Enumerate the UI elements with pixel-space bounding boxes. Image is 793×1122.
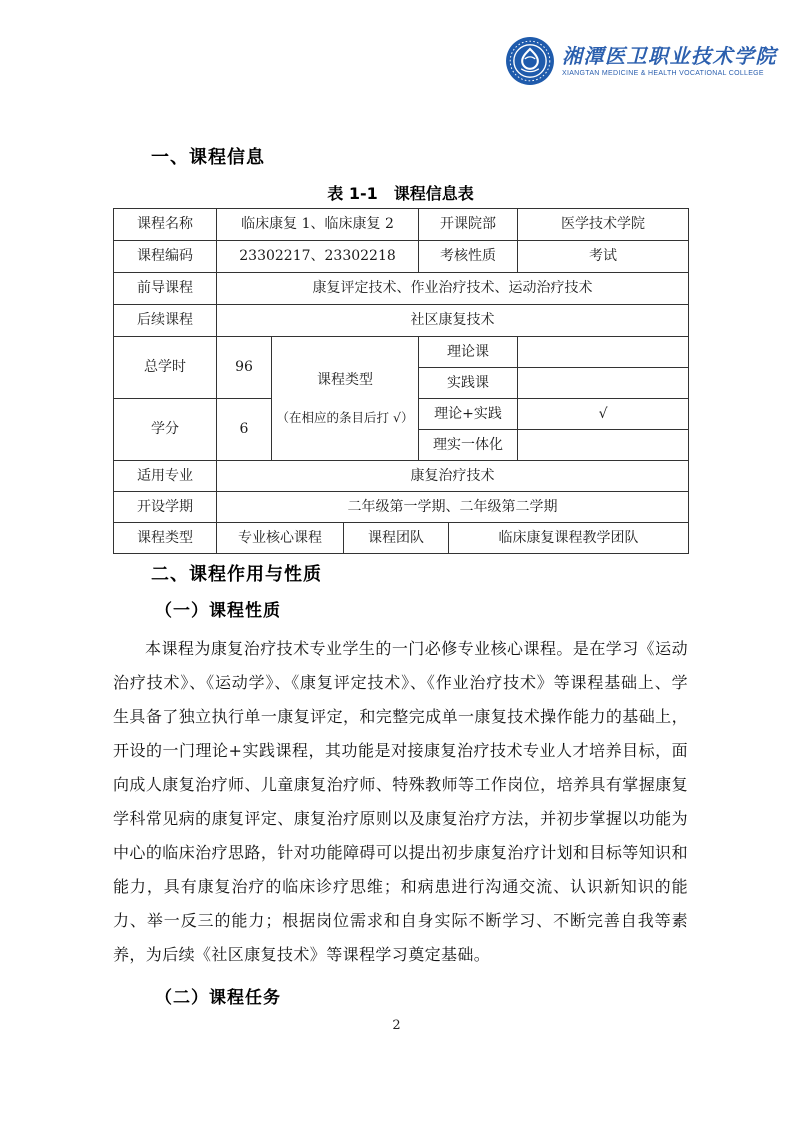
course-name-value-cell: 临床康复 1、临床康复 2 <box>217 209 419 241</box>
section-2-heading: 二、课程作用与性质 <box>113 562 688 588</box>
course-nature-paragraph: 本课程为康复治疗技术专业学生的一门必修专业核心课程。是在学习《运动治疗技术》、《… <box>113 632 688 972</box>
course-type-header-cell: 课程类型 （在相应的条目后打 √） <box>272 337 419 461</box>
practice-label-cell: 实践课 <box>419 368 518 399</box>
theory-label-cell: 理论课 <box>419 337 518 368</box>
table-caption: 表 1-1 课程信息表 <box>113 183 688 205</box>
course-name-label-cell: 课程名称 <box>114 209 217 241</box>
credits-value-cell: 6 <box>217 399 272 461</box>
table-row: 后续课程 社区康复技术 <box>114 305 689 337</box>
subsection-2-2-heading: （二）课程任务 <box>113 986 688 1011</box>
document-page: 湘潭医卫职业技术学院 XIANGTAN MEDICINE & HEALTH VO… <box>0 0 793 1122</box>
course-type-title: 课程类型 <box>274 372 416 389</box>
course-code-value-cell: 23302217、23302218 <box>217 241 419 273</box>
total-hours-value-cell: 96 <box>217 337 272 399</box>
department-value-cell: 医学技术学院 <box>518 209 689 241</box>
subsection-2-1-heading: （一）课程性质 <box>113 599 688 624</box>
course-info-table: 课程名称 临床康复 1、临床康复 2 开课院部 医学技术学院 课程编码 2330… <box>113 208 689 554</box>
credits-label-cell: 学分 <box>114 399 217 461</box>
theory-practice-label-cell: 理论+实践 <box>419 399 518 430</box>
department-label-cell: 开课院部 <box>419 209 518 241</box>
major-label-cell: 适用专业 <box>114 461 217 492</box>
integrated-check-cell <box>518 430 689 461</box>
prerequisite-label-cell: 前导课程 <box>114 273 217 305</box>
semester-value-cell: 二年级第一学期、二年级第二学期 <box>217 492 689 523</box>
integrated-label-cell: 理实一体化 <box>419 430 518 461</box>
table-row: 课程编码 23302217、23302218 考核性质 考试 <box>114 241 689 273</box>
table-row: 总学时 96 课程类型 （在相应的条目后打 √） 理论课 <box>114 337 689 368</box>
major-value-cell: 康复治疗技术 <box>217 461 689 492</box>
page-number: 2 <box>392 1018 400 1033</box>
semester-label-cell: 开设学期 <box>114 492 217 523</box>
subsequent-value-cell: 社区康复技术 <box>217 305 689 337</box>
table-row: 课程名称 临床康复 1、临床康复 2 开课院部 医学技术学院 <box>114 209 689 241</box>
table-row: 适用专业 康复治疗技术 <box>114 461 689 492</box>
practice-check-cell <box>518 368 689 399</box>
document-content: 一、课程信息 表 1-1 课程信息表 课程名称 临床康复 1、临床康复 2 开课… <box>113 0 688 1011</box>
table-row: 开设学期 二年级第一学期、二年级第二学期 <box>114 492 689 523</box>
section-1-heading: 一、课程信息 <box>113 145 688 171</box>
table-row: 课程类型 专业核心课程 课程团队 临床康复课程教学团队 <box>114 523 689 554</box>
assessment-label-cell: 考核性质 <box>419 241 518 273</box>
total-hours-label-cell: 总学时 <box>114 337 217 399</box>
category-label-cell: 课程类型 <box>114 523 217 554</box>
course-type-note: （在相应的条目后打 √） <box>274 410 416 425</box>
prerequisite-value-cell: 康复评定技术、作业治疗技术、运动治疗技术 <box>217 273 689 305</box>
subsequent-label-cell: 后续课程 <box>114 305 217 337</box>
theory-check-cell <box>518 337 689 368</box>
team-label-cell: 课程团队 <box>344 523 449 554</box>
theory-practice-check-cell: √ <box>518 399 689 430</box>
assessment-value-cell: 考试 <box>518 241 689 273</box>
table-row: 前导课程 康复评定技术、作业治疗技术、运动治疗技术 <box>114 273 689 305</box>
category-value-cell: 专业核心课程 <box>217 523 344 554</box>
course-code-label-cell: 课程编码 <box>114 241 217 273</box>
team-value-cell: 临床康复课程教学团队 <box>449 523 689 554</box>
page-footer: 2 <box>0 1018 793 1033</box>
